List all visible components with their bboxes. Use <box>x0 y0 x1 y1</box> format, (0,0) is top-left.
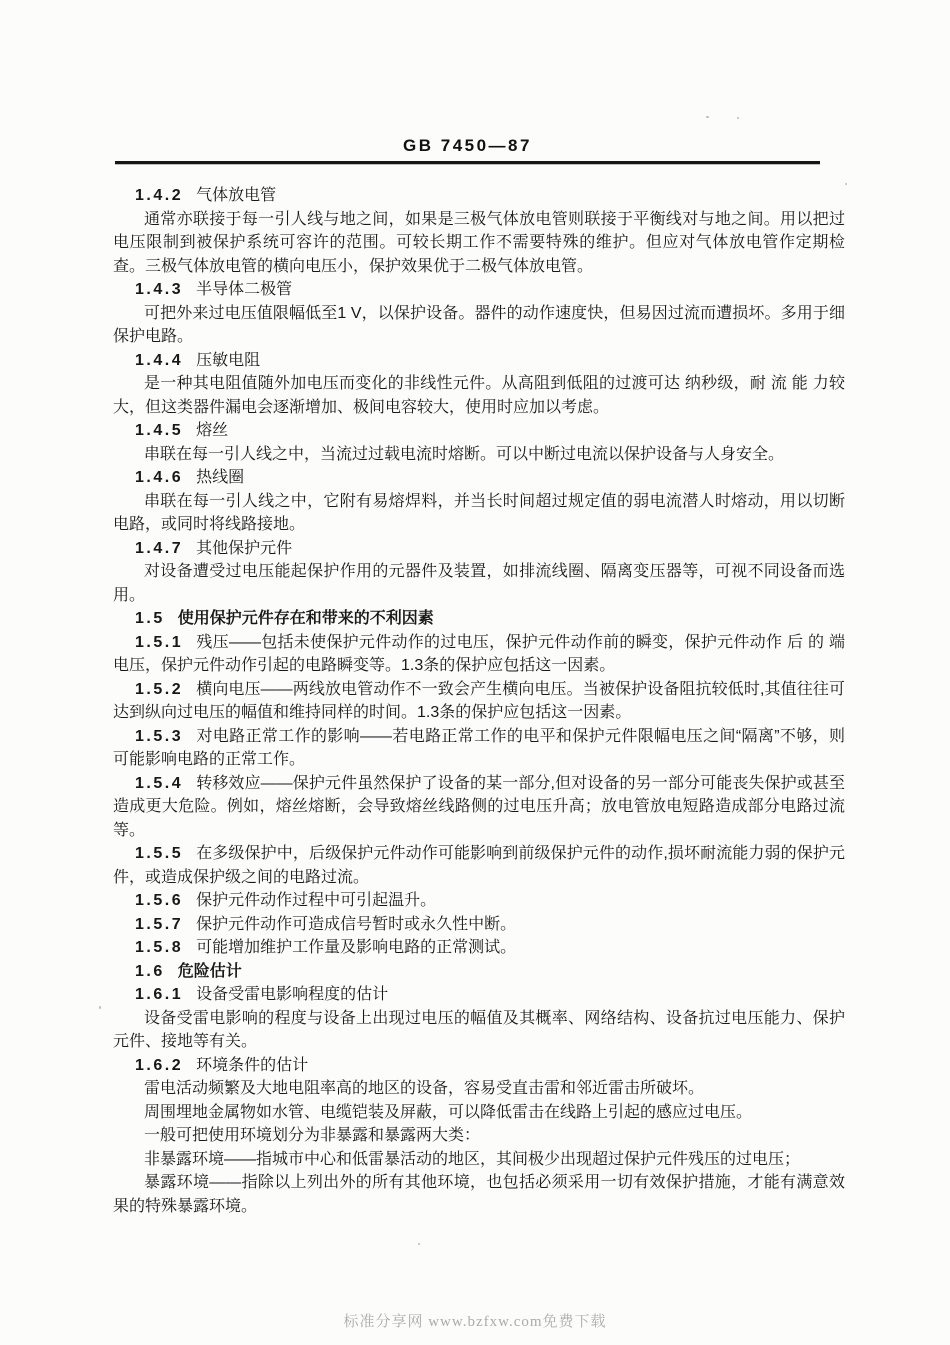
scanned-document-page: GB 7450—87 1.4.2气体放电管通常亦联接于每一引人线与地之间，如果是… <box>0 0 950 1345</box>
clause-number: 1.5.4 <box>135 775 183 792</box>
clause-number: 1.5.8 <box>135 939 183 956</box>
numbered-paragraph: 1.5.5在多级保护中，后级保护元件动作可能影响到前级保护元件的动作,损坏耐流能… <box>113 842 845 889</box>
scan-speck <box>418 1243 420 1245</box>
clause-number: 1.6.1 <box>135 986 183 1003</box>
clause-heading: 1.6.1设备受雷电影响程度的估计 <box>113 983 845 1007</box>
clause-number: 1.5.1 <box>135 634 183 651</box>
clause-number: 1.4.6 <box>135 469 183 486</box>
clause-title: 熔丝 <box>196 422 228 439</box>
clause-heading: 1.4.5熔丝 <box>113 419 845 443</box>
clause-number: 1.4.5 <box>135 422 183 439</box>
paragraph: 通常亦联接于每一引人线与地之间，如果是三极气体放电管则联接于平衡线对与地之间。用… <box>113 208 845 279</box>
clause-number: 1.4.4 <box>135 352 183 369</box>
clause-heading: 1.4.2气体放电管 <box>113 184 845 208</box>
clause-title: 其他保护元件 <box>196 540 292 557</box>
paragraph-text: 残压——包括未使保护元件动作的过电压，保护元件动作前的瞬变，保护元件动作 后 的… <box>113 634 845 675</box>
section-heading: 1.5使用保护元件存在和带来的不利因素 <box>113 607 845 631</box>
clause-number: 1.6.2 <box>135 1057 183 1074</box>
paragraph: 串联在每一引人线之中，当流过过载电流时熔断。可以中断过电流以保护设备与人身安全。 <box>113 443 845 467</box>
scan-speck <box>706 116 709 118</box>
scan-speck <box>737 117 739 119</box>
numbered-paragraph: 1.5.4转移效应——保护元件虽然保护了设备的某一部分,但对设备的另一部分可能丧… <box>113 772 845 843</box>
clause-heading: 1.4.4压敏电阻 <box>113 349 845 373</box>
scan-speck <box>845 183 847 185</box>
paragraph: 一般可把使用环境划分为非暴露和暴露两大类： <box>113 1124 845 1148</box>
clause-number: 1.5.5 <box>135 845 183 862</box>
paragraph: 对设备遭受过电压能起保护作用的元器件及装置，如排流线圈、隔离变压器等，可视不同设… <box>113 560 845 607</box>
clause-heading: 1.4.7其他保护元件 <box>113 537 845 561</box>
clause-title: 使用保护元件存在和带来的不利因素 <box>178 610 434 627</box>
clause-title: 半导体二极管 <box>196 281 292 298</box>
numbered-paragraph: 1.5.3对电路正常工作的影响——若电路正常工作的电平和保护元件限幅电压之间“隔… <box>113 725 845 772</box>
clause-heading: 1.6.2环境条件的估计 <box>113 1054 845 1078</box>
numbered-paragraph: 1.5.2横向电压——两线放电管动作不一致会产生横向电压。当被保护设备阻抗较低时… <box>113 678 845 725</box>
clause-heading: 1.4.6热线圈 <box>113 466 845 490</box>
watermark-text: 标准分享网 www.bzfxw.com免费下载 <box>0 1310 950 1331</box>
numbered-paragraph: 1.5.8可能增加维护工作量及影响电路的正常测试。 <box>113 936 845 960</box>
paragraph: 可把外来过电压值限幅低至1 V，以保护设备。器件的动作速度快，但易因过流而遭损坏… <box>113 302 845 349</box>
clause-title: 危险估计 <box>178 963 242 980</box>
numbered-paragraph: 1.5.6保护元件动作过程中可引起温升。 <box>113 889 845 913</box>
paragraph: 非暴露环境——指城市中心和低雷暴活动的地区，其间极少出现超过保护元件残压的过电压… <box>113 1148 845 1172</box>
paragraph-text: 对电路正常工作的影响——若电路正常工作的电平和保护元件限幅电压之间“隔离”不够，… <box>113 728 845 769</box>
clause-number: 1.4.7 <box>135 540 183 557</box>
paragraph: 周围埋地金属物如水管、电缆铠装及屏蔽，可以降低雷击在线路上引起的感应过电压。 <box>113 1101 845 1125</box>
clause-heading: 1.4.3半导体二极管 <box>113 278 845 302</box>
standard-number-header: GB 7450—87 <box>115 136 820 156</box>
paragraph: 雷电活动频繁及大地电阻率高的地区的设备，容易受直击雷和邻近雷击所破坏。 <box>113 1077 845 1101</box>
paragraph: 是一种其电阻值随外加电压而变化的非线性元件。从高阻到低阻的过渡可达 纳秒级，耐 … <box>113 372 845 419</box>
clause-title: 环境条件的估计 <box>196 1057 308 1074</box>
clause-number: 1.4.2 <box>135 187 183 204</box>
numbered-paragraph: 1.5.1残压——包括未使保护元件动作的过电压，保护元件动作前的瞬变，保护元件动… <box>113 631 845 678</box>
scan-speck <box>808 1187 810 1189</box>
header-rule <box>115 161 820 164</box>
paragraph-text: 保护元件动作可造成信号暂时或永久性中断。 <box>196 916 516 933</box>
clause-number: 1.6 <box>135 963 165 980</box>
clause-title: 气体放电管 <box>196 187 276 204</box>
paragraph-text: 在多级保护中，后级保护元件动作可能影响到前级保护元件的动作,损坏耐流能力弱的保护… <box>113 845 845 886</box>
clause-number: 1.5.7 <box>135 916 183 933</box>
paragraph: 设备受雷电影响的程度与设备上出现过电压的幅值及其概率、网络结构、设备抗过电压能力… <box>113 1007 845 1054</box>
paragraph-text: 转移效应——保护元件虽然保护了设备的某一部分,但对设备的另一部分可能丧失保护或甚… <box>113 775 845 839</box>
scan-speck <box>99 1006 101 1009</box>
clause-title: 热线圈 <box>196 469 244 486</box>
clause-title: 设备受雷电影响程度的估计 <box>196 986 388 1003</box>
clause-title: 压敏电阻 <box>196 352 260 369</box>
clause-number: 1.5 <box>135 610 165 627</box>
document-body: 1.4.2气体放电管通常亦联接于每一引人线与地之间，如果是三极气体放电管则联接于… <box>113 184 845 1218</box>
clause-number: 1.5.2 <box>135 681 183 698</box>
numbered-paragraph: 1.5.7保护元件动作可造成信号暂时或永久性中断。 <box>113 913 845 937</box>
section-heading: 1.6危险估计 <box>113 960 845 984</box>
clause-number: 1.4.3 <box>135 281 183 298</box>
paragraph: 暴露环境——指除以上列出外的所有其他环境，也包括必须采用一切有效保护措施，才能有… <box>113 1171 845 1218</box>
paragraph-text: 可能增加维护工作量及影响电路的正常测试。 <box>196 939 516 956</box>
paragraph: 串联在每一引人线之中，它附有易熔焊料，并当长时间超过规定值的弱电流潜人时熔动，用… <box>113 490 845 537</box>
paragraph-text: 横向电压——两线放电管动作不一致会产生横向电压。当被保护设备阻抗较低时,其值往往… <box>113 681 845 722</box>
paragraph-text: 保护元件动作过程中可引起温升。 <box>196 892 436 909</box>
clause-number: 1.5.6 <box>135 892 183 909</box>
clause-number: 1.5.3 <box>135 728 183 745</box>
